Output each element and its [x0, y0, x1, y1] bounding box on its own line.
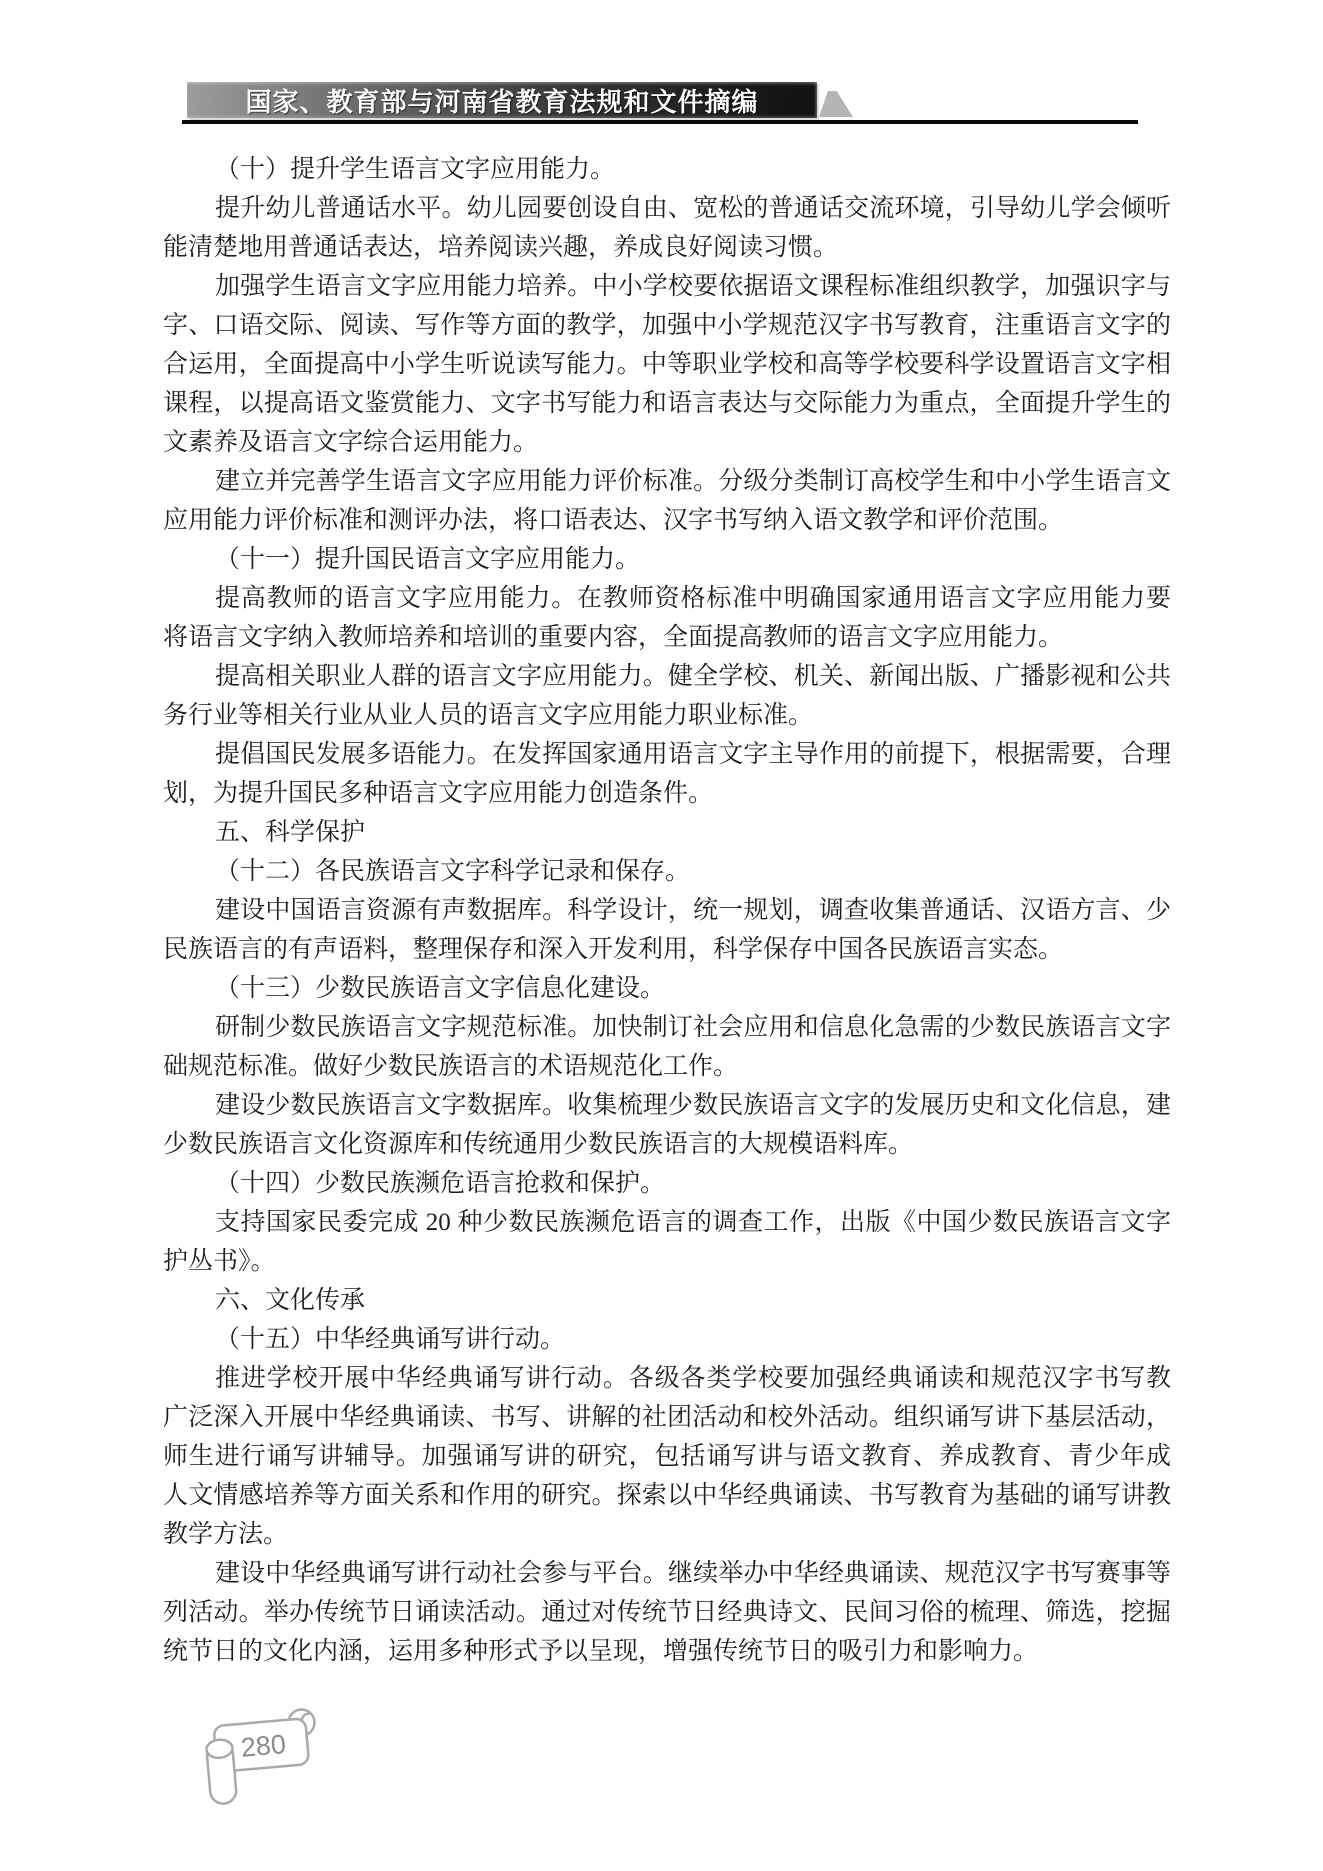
text-line: 合运用，全面提高中小学生听说读写能力。中等职业学校和高等学校要科学设置语言文字相… [163, 345, 1171, 384]
text-line: （十四）少数民族濒危语言抢救和保护。 [163, 1164, 1171, 1203]
text-line: （十二）各民族语言文字科学记录和保存。 [163, 852, 1171, 891]
text-line: 文素养及语言文字综合运用能力。 [163, 423, 1171, 462]
document-page: 国家、教育部与河南省教育法规和文件摘编 （十）提升学生语言文字应用能力。提升幼儿… [0, 0, 1323, 1871]
text-line: 人文情感培养等方面关系和作用的研究。探索以中华经典诵读、书写教育为基础的诵写讲教… [163, 1476, 1171, 1515]
text-line: 列活动。举办传统节日诵读活动。通过对传统节日经典诗文、民间习俗的梳理、筛选，挖掘… [163, 1593, 1171, 1632]
document-body: （十）提升学生语言文字应用能力。提升幼儿普通话水平。幼儿园要创设自由、宽松的普通… [163, 150, 1171, 1671]
text-line: 广泛深入开展中华经典诵读、书写、讲解的社团活动和校外活动。组织诵写讲下基层活动，… [163, 1398, 1171, 1437]
text-line: 提高相关职业人群的语言文字应用能力。健全学校、机关、新闻出版、广播影视和公共服 [163, 657, 1171, 696]
header-title: 国家、教育部与河南省教育法规和文件摘编 [245, 82, 758, 119]
text-line: 建立并完善学生语言文字应用能力评价标准。分级分类制订高校学生和中小学生语言文字 [163, 462, 1171, 501]
text-line: 六、文化传承 [163, 1281, 1171, 1320]
text-line: 建设中华经典诵写讲行动社会参与平台。继续举办中华经典诵读、规范汉字书写赛事等系 [163, 1554, 1171, 1593]
text-line: 础规范标准。做好少数民族语言的术语规范化工作。 [163, 1047, 1171, 1086]
text-line: 课程，以提高语文鉴赏能力、文字书写能力和语言表达与交际能力为重点，全面提升学生的… [163, 384, 1171, 423]
text-line: 建设少数民族语言文字数据库。收集梳理少数民族语言文字的发展历史和文化信息，建设 [163, 1086, 1171, 1125]
text-line: 提高教师的语言文字应用能力。在教师资格标准中明确国家通用语言文字应用能力要求。 [163, 579, 1171, 618]
text-line: 护丛书》。 [163, 1242, 1171, 1281]
text-line: 加强学生语言文字应用能力培养。中小学校要依据语文课程标准组织教学，加强识字与写 [163, 267, 1171, 306]
scroll-left-curl [206, 1739, 233, 1759]
text-line: 五、科学保护 [163, 813, 1171, 852]
text-line: 支持国家民委完成 20 种少数民族濒危语言的调查工作，出版《中国少数民族语言文字… [163, 1203, 1171, 1242]
page-number: 280 [240, 1729, 288, 1763]
text-line: 提升幼儿普通话水平。幼儿园要创设自由、宽松的普通话交流环境，引导幼儿学会倾听并 [163, 189, 1171, 228]
text-line: 少数民族语言文化资源库和传统通用少数民族语言的大规模语料库。 [163, 1125, 1171, 1164]
text-line: （十）提升学生语言文字应用能力。 [163, 150, 1171, 189]
header-rule [182, 120, 1138, 124]
text-line: （十三）少数民族语言文字信息化建设。 [163, 969, 1171, 1008]
text-line: 教学方法。 [163, 1515, 1171, 1554]
text-line: 研制少数民族语言文字规范标准。加快制订社会应用和信息化急需的少数民族语言文字基 [163, 1008, 1171, 1047]
text-line: 提倡国民发展多语能力。在发挥国家通用语言文字主导作用的前提下，根据需要，合理规 [163, 735, 1171, 774]
text-line: 推进学校开展中华经典诵写讲行动。各级各类学校要加强经典诵读和规范汉字书写教育， [163, 1359, 1171, 1398]
text-line: 划，为提升国民多种语言文字应用能力创造条件。 [163, 774, 1171, 813]
header-banner: 国家、教育部与河南省教育法规和文件摘编 [187, 82, 817, 118]
text-line: 师生进行诵写讲辅导。加强诵写讲的研究，包括诵写讲与语文教育、养成教育、青少年成长… [163, 1437, 1171, 1476]
text-line: 应用能力评价标准和测评办法，将口语表达、汉字书写纳入语文教学和评价范围。 [163, 501, 1171, 540]
scroll-banner-icon: 280 [198, 1698, 338, 1818]
text-line: （十一）提升国民语言文字应用能力。 [163, 540, 1171, 579]
text-line: 建设中国语言资源有声数据库。科学设计，统一规划，调查收集普通话、汉语方言、少数 [163, 891, 1171, 930]
text-line: 能清楚地用普通话表达，培养阅读兴趣，养成良好阅读习惯。 [163, 228, 1171, 267]
text-line: 民族语言的有声语料，整理保存和深入开发利用，科学保存中国各民族语言实态。 [163, 930, 1171, 969]
text-line: 将语言文字纳入教师培养和培训的重要内容，全面提高教师的语言文字应用能力。 [163, 618, 1171, 657]
text-line: 务行业等相关行业从业人员的语言文字应用能力职业标准。 [163, 696, 1171, 735]
triangle-pointer-icon [819, 91, 853, 117]
text-line: 字、口语交际、阅读、写作等方面的教学，加强中小学规范汉字书写教育，注重语言文字的… [163, 306, 1171, 345]
text-line: （十五）中华经典诵写讲行动。 [163, 1320, 1171, 1359]
text-line: 统节日的文化内涵，运用多种形式予以呈现，增强传统节日的吸引力和影响力。 [163, 1632, 1171, 1671]
